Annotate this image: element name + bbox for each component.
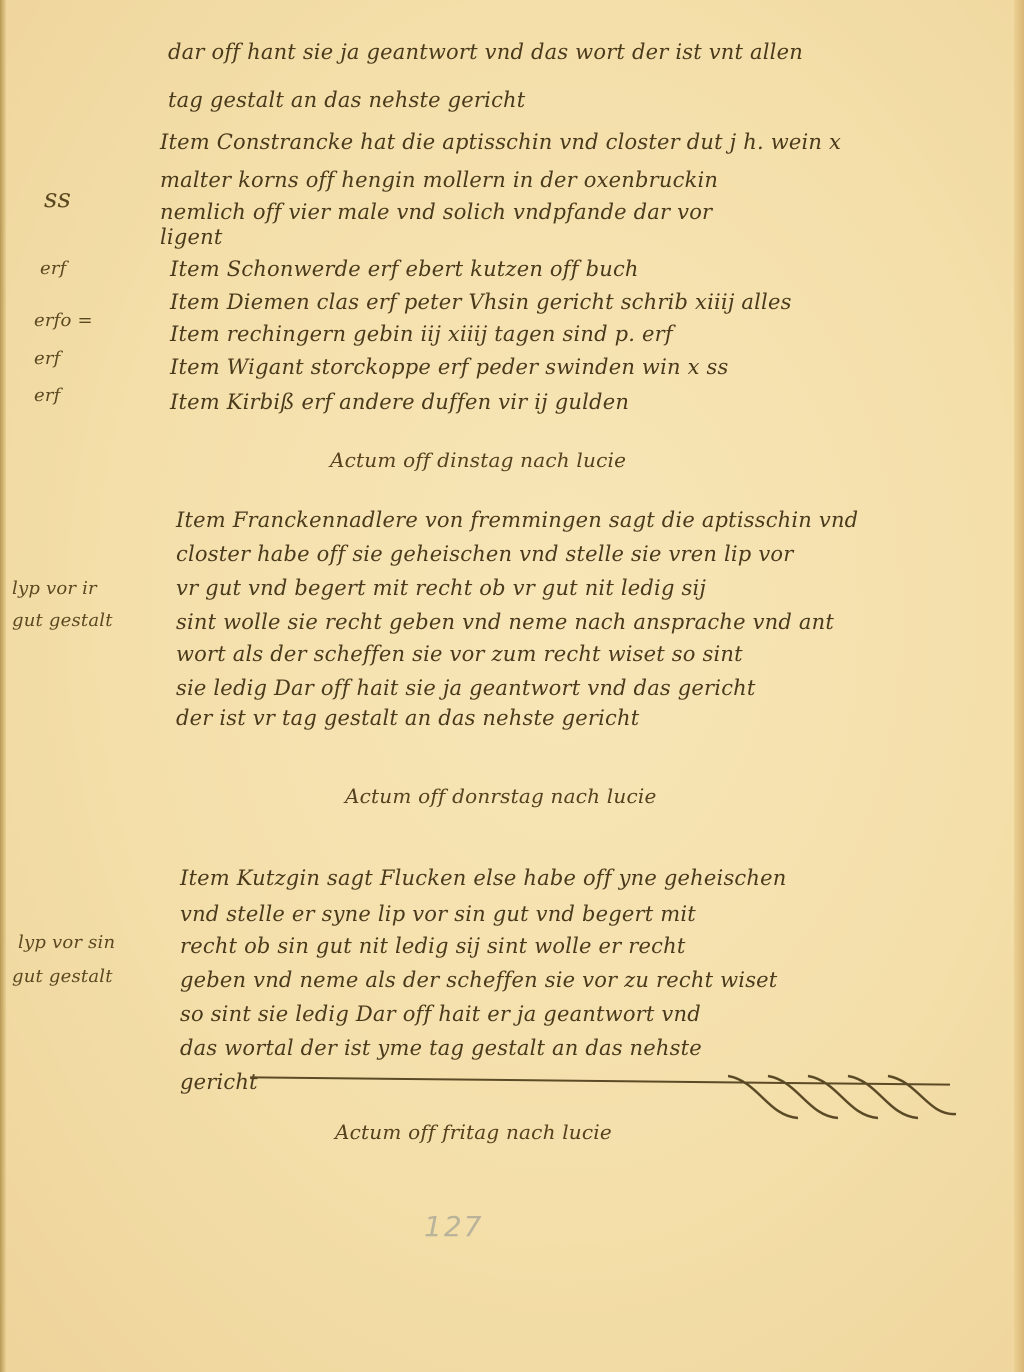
text-line: vnd stelle er syne lip vor sin gut vnd b… — [180, 902, 696, 926]
manuscript-page: dar off hant sie ja geantwort vnd das wo… — [0, 0, 1024, 1372]
margin-note: lyp vor sin — [18, 932, 115, 953]
text-line: der ist vr tag gestalt an das nehste ger… — [176, 706, 639, 730]
text-line: wort als der scheffen sie vor zum recht … — [176, 642, 743, 666]
text-line: Item Schonwerde erf ebert kutzen off buc… — [170, 257, 639, 281]
text-line: dar off hant sie ja geantwort vnd das wo… — [168, 40, 803, 64]
text-line: Item rechingern gebin iij xiiij tagen si… — [170, 322, 673, 346]
page-edge-left — [0, 0, 6, 1372]
text-line: malter korns off hengin mollern in der o… — [160, 168, 718, 192]
margin-note: erfo = — [34, 310, 93, 331]
margin-note: erf — [34, 348, 61, 369]
text-line: geben vnd neme als der scheffen sie vor … — [180, 968, 777, 992]
text-line: ligent — [160, 225, 222, 249]
margin-note: gut gestalt — [12, 610, 113, 631]
section-heading: Actum off fritag nach lucie — [335, 1120, 612, 1144]
text-line: closter habe off sie geheischen vnd stel… — [176, 542, 793, 566]
folio-number: 127 — [424, 1210, 483, 1243]
section-heading: Actum off dinstag nach lucie — [330, 448, 626, 472]
text-line: Item Kutzgin sagt Flucken else habe off … — [180, 866, 786, 890]
margin-note: gut gestalt — [12, 966, 113, 987]
text-line: sie ledig Dar off hait sie ja geantwort … — [176, 676, 756, 700]
margin-note: erf — [34, 385, 61, 406]
text-line: Item Kirbiß erf andere duffen vir ij gul… — [170, 390, 629, 414]
text-line: tag gestalt an das nehste gericht — [168, 88, 525, 112]
text-line: nemlich off vier male vnd solich vndpfan… — [160, 200, 712, 224]
text-line: Item Franckennadlere von fremmingen sagt… — [176, 508, 858, 532]
text-line: Item Wigant storckoppe erf peder swinden… — [170, 355, 729, 379]
flourish-ornament — [728, 1066, 958, 1126]
text-line: gericht — [180, 1070, 258, 1094]
text-line: das wortal der ist yme tag gestalt an da… — [180, 1036, 702, 1060]
margin-note: ss — [44, 184, 71, 214]
margin-note: erf — [40, 258, 67, 279]
text-line: vr gut vnd begert mit recht ob vr gut ni… — [176, 576, 706, 600]
margin-note: lyp vor ir — [12, 578, 97, 599]
text-line: recht ob sin gut nit ledig sij sint woll… — [180, 934, 685, 958]
text-line: so sint sie ledig Dar off hait er ja gea… — [180, 1002, 701, 1026]
text-line: sint wolle sie recht geben vnd neme nach… — [176, 610, 834, 634]
section-heading: Actum off donrstag nach lucie — [345, 784, 657, 808]
text-line: Item Constrancke hat die aptisschin vnd … — [160, 130, 841, 154]
page-edge-right — [1014, 0, 1024, 1372]
text-line: Item Diemen clas erf peter Vhsin gericht… — [170, 290, 792, 314]
